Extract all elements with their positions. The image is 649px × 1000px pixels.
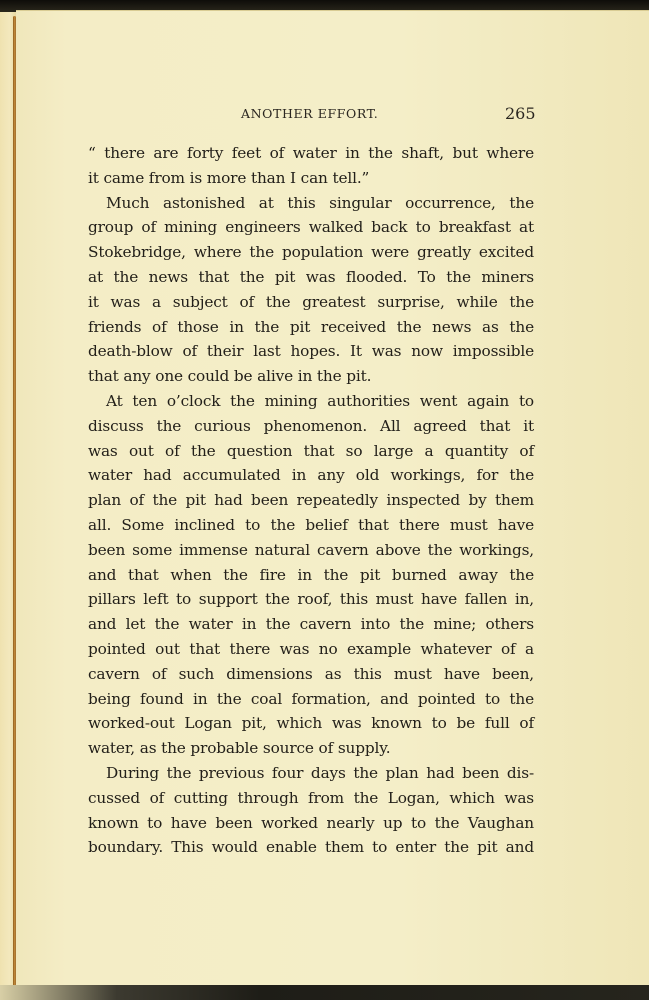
book-page: ANOTHER EFFORT. 265 “ there are forty fe… [16,10,649,987]
text-line: friends of those in the pit received the… [88,315,534,340]
text-line: and that when the fire in the pit burned… [88,563,534,588]
paragraph-start-line: During the previous four days the plan h… [88,761,534,786]
text-line: known to have been worked nearly up to t… [88,811,534,836]
text-line: Stokebridge, where the population were g… [88,240,534,265]
text-line: it came from is more than I can tell.” [88,166,534,191]
text-line: discuss the curious phenomenon. All agre… [88,414,534,439]
text-line: water, as the probable source of supply. [88,736,534,761]
text-line: and let the water in the cavern into the… [88,612,534,637]
paragraph-start-line: At ten o’clock the mining authorities we… [88,389,534,414]
text-line: boundary. This would enable them to ente… [88,835,534,860]
text-line: it was a subject of the greatest surpris… [88,290,534,315]
text-line: water had accumulated in any old working… [88,463,534,488]
text-line: cussed of cutting through from the Logan… [88,786,534,811]
page-number: 265 [505,104,536,123]
scanned-book-page: ANOTHER EFFORT. 265 “ there are forty fe… [0,0,649,1000]
text-line: that any one could be alive in the pit. [88,364,534,389]
text-line: worked-out Logan pit, which was known to… [88,711,534,736]
text-line: being found in the coal formation, and p… [88,687,534,712]
text-line: death-blow of their last hopes. It was n… [88,339,534,364]
scan-bottom-border [0,985,649,1000]
body-text: “ there are forty feet of water in the s… [88,141,534,860]
text-line: pillars left to support the roof, this m… [88,587,534,612]
text-line: “ there are forty feet of water in the s… [88,141,534,166]
text-line: been some immense natural cavern above t… [88,538,534,563]
text-line: plan of the pit had been repeatedly insp… [88,488,534,513]
text-line: pointed out that there was no example wh… [88,637,534,662]
text-line: cavern of such dimensions as this must h… [88,662,534,687]
book-spine-crease [13,16,16,986]
text-line: all. Some inclined to the belief that th… [88,513,534,538]
text-line: was out of the question that so large a … [88,439,534,464]
running-head-title: ANOTHER EFFORT. [241,106,378,121]
paragraph-start-line: Much astonished at this singular occurre… [88,191,534,216]
text-line: group of mining engineers walked back to… [88,215,534,240]
text-line: at the news that the pit was flooded. To… [88,265,534,290]
